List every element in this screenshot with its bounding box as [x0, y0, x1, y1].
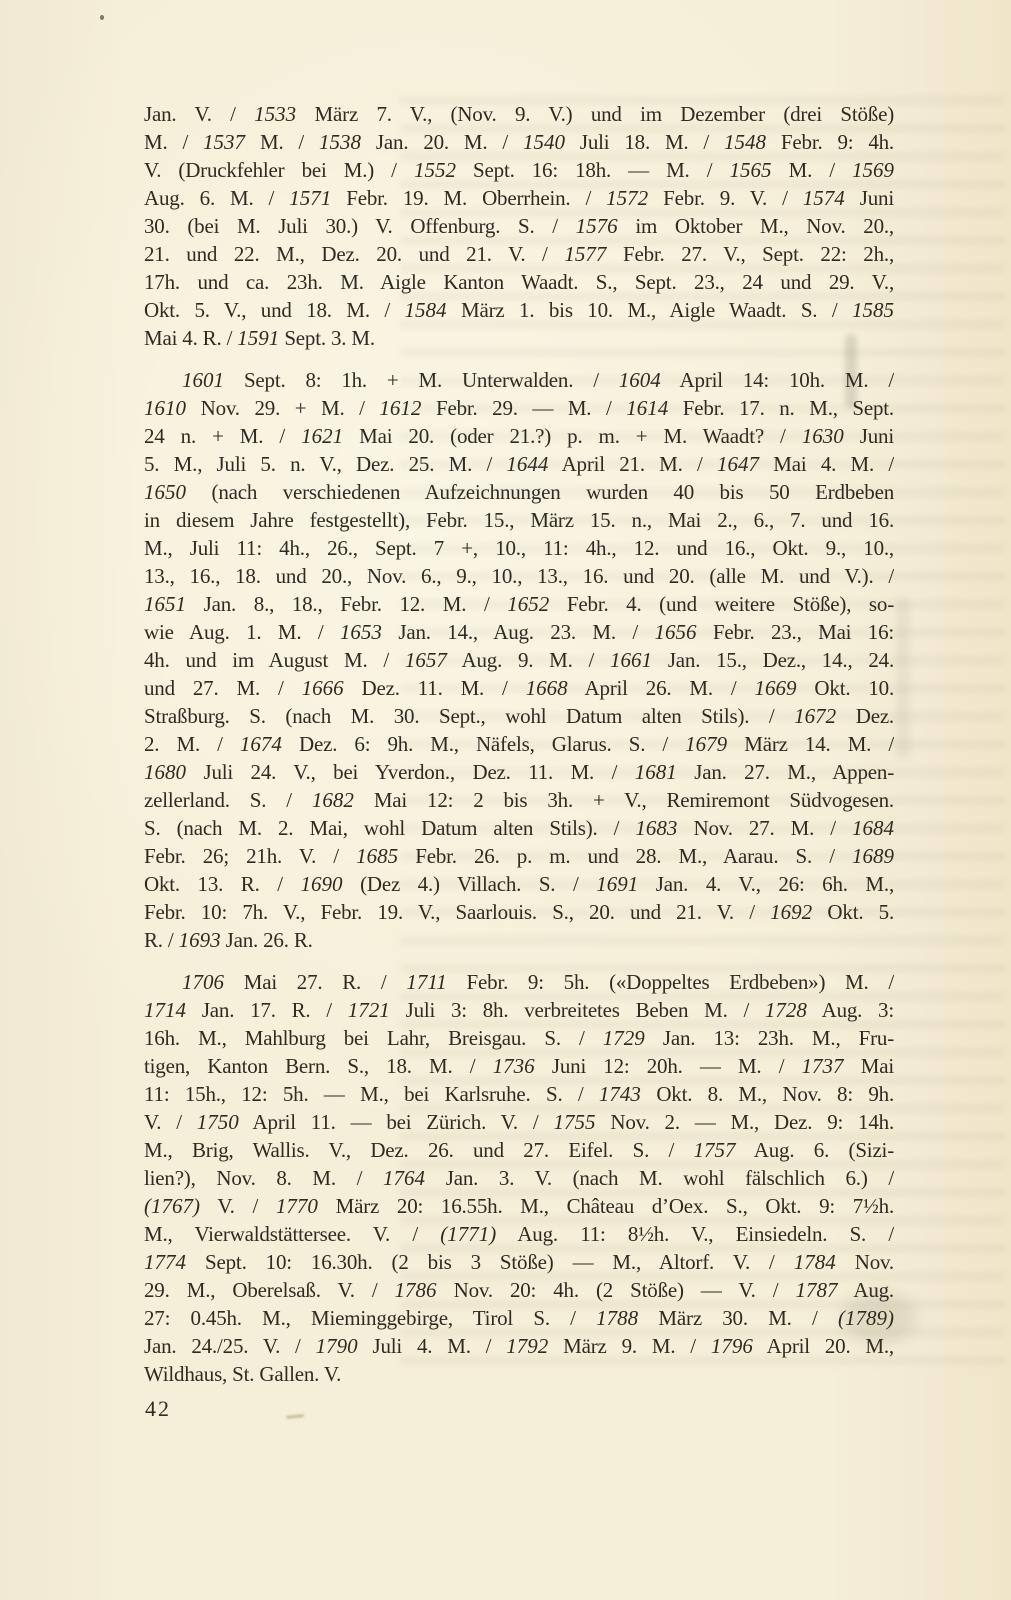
text-line: V. (Druckfehler bei M.) / 1552 Sept. 16:… — [144, 156, 894, 184]
text-line: 17h. und ca. 23h. M. Aigle Kanton Waadt.… — [144, 268, 894, 296]
text-line: 11: 15h., 12: 5h. — M., bei Karlsruhe. S… — [144, 1080, 894, 1108]
page-number: 42 — [145, 1396, 171, 1422]
paragraph: Jan. V. / 1533 März 7. V., (Nov. 9. V.) … — [144, 100, 894, 352]
text-line: 1706 Mai 27. R. / 1711 Febr. 9: 5h. («Do… — [144, 968, 894, 996]
text-line: tigen, Kanton Bern. S., 18. M. / 1736 Ju… — [144, 1052, 894, 1080]
text-line: 1714 Jan. 17. R. / 1721 Juli 3: 8h. verb… — [144, 996, 894, 1024]
text-line: 4h. und im August M. / 1657 Aug. 9. M. /… — [144, 646, 894, 674]
text-line: Jan. V. / 1533 März 7. V., (Nov. 9. V.) … — [144, 100, 894, 128]
book-page: Jan. V. / 1533 März 7. V., (Nov. 9. V.) … — [0, 0, 1011, 1600]
text-line: Febr. 26; 21h. V. / 1685 Febr. 26. p. m.… — [144, 842, 894, 870]
text-line: 1680 Juli 24. V., bei Yverdon., Dez. 11.… — [144, 758, 894, 786]
text-line: V. / 1750 April 11. — bei Zürich. V. / 1… — [144, 1108, 894, 1136]
text-line: 29. M., Oberelsaß. V. / 1786 Nov. 20: 4h… — [144, 1276, 894, 1304]
text-line: Straßburg. S. (nach M. 30. Sept., wohl D… — [144, 702, 894, 730]
text-line: 21. und 22. M., Dez. 20. und 21. V. / 15… — [144, 240, 894, 268]
text-line: Jan. 24./25. V. / 1790 Juli 4. M. / 1792… — [144, 1332, 894, 1360]
paragraph: 1601 Sept. 8: 1h. + M. Unterwalden. / 16… — [144, 366, 894, 954]
text-line: zellerland. S. / 1682 Mai 12: 2 bis 3h. … — [144, 786, 894, 814]
text-line: Okt. 5. V., und 18. M. / 1584 März 1. bi… — [144, 296, 894, 324]
text-line: 1774 Sept. 10: 16.30h. (2 bis 3 Stöße) —… — [144, 1248, 894, 1276]
text-line: in diesem Jahre festgestellt), Febr. 15.… — [144, 506, 894, 534]
text-line: 2. M. / 1674 Dez. 6: 9h. M., Näfels, Gla… — [144, 730, 894, 758]
text-line: wie Aug. 1. M. / 1653 Jan. 14., Aug. 23.… — [144, 618, 894, 646]
text-line: 1650 (nach verschiedenen Aufzeichnungen … — [144, 478, 894, 506]
paragraph: 1706 Mai 27. R. / 1711 Febr. 9: 5h. («Do… — [144, 968, 894, 1388]
text-line: 27: 0.45h. M., Mieminggebirge, Tirol S. … — [144, 1304, 894, 1332]
text-line: Febr. 10: 7h. V., Febr. 19. V., Saarloui… — [144, 898, 894, 926]
paper-speck — [100, 15, 104, 20]
text-line: 1651 Jan. 8., 18., Febr. 12. M. / 1652 F… — [144, 590, 894, 618]
text-line: lien?), Nov. 8. M. / 1764 Jan. 3. V. (na… — [144, 1164, 894, 1192]
text-line: Okt. 13. R. / 1690 (Dez 4.) Villach. S. … — [144, 870, 894, 898]
text-line: 5. M., Juli 5. n. V., Dez. 25. M. / 1644… — [144, 450, 894, 478]
text-line: 30. (bei M. Juli 30.) V. Offenburg. S. /… — [144, 212, 894, 240]
paper-smudge — [286, 1414, 304, 1419]
text-line: Mai 4. R. / 1591 Sept. 3. M. — [144, 324, 894, 352]
text-line: M., Brig, Wallis. V., Dez. 26. und 27. E… — [144, 1136, 894, 1164]
text-line: M., Juli 11: 4h., 26., Sept. 7 +, 10., 1… — [144, 534, 894, 562]
text-line: 13., 16., 18. und 20., Nov. 6., 9., 10.,… — [144, 562, 894, 590]
text-line: 16h. M., Mahlburg bei Lahr, Breisgau. S.… — [144, 1024, 894, 1052]
text-block: Jan. V. / 1533 März 7. V., (Nov. 9. V.) … — [144, 100, 894, 1388]
text-line: Wildhaus, St. Gallen. V. — [144, 1360, 894, 1388]
text-line: 1610 Nov. 29. + M. / 1612 Febr. 29. — M.… — [144, 394, 894, 422]
text-line: (1767) V. / 1770 März 20: 16.55h. M., Ch… — [144, 1192, 894, 1220]
text-line: M., Vierwaldstättersee. V. / (1771) Aug.… — [144, 1220, 894, 1248]
paper-smudge — [897, 598, 909, 758]
text-line: 1601 Sept. 8: 1h. + M. Unterwalden. / 16… — [144, 366, 894, 394]
text-line: und 27. M. / 1666 Dez. 11. M. / 1668 Apr… — [144, 674, 894, 702]
text-line: M. / 1537 M. / 1538 Jan. 20. M. / 1540 J… — [144, 128, 894, 156]
text-line: S. (nach M. 2. Mai, wohl Datum alten Sti… — [144, 814, 894, 842]
text-line: R. / 1693 Jan. 26. R. — [144, 926, 894, 954]
text-line: Aug. 6. M. / 1571 Febr. 19. M. Oberrhein… — [144, 184, 894, 212]
text-line: 24 n. + M. / 1621 Mai 20. (oder 21.?) p.… — [144, 422, 894, 450]
